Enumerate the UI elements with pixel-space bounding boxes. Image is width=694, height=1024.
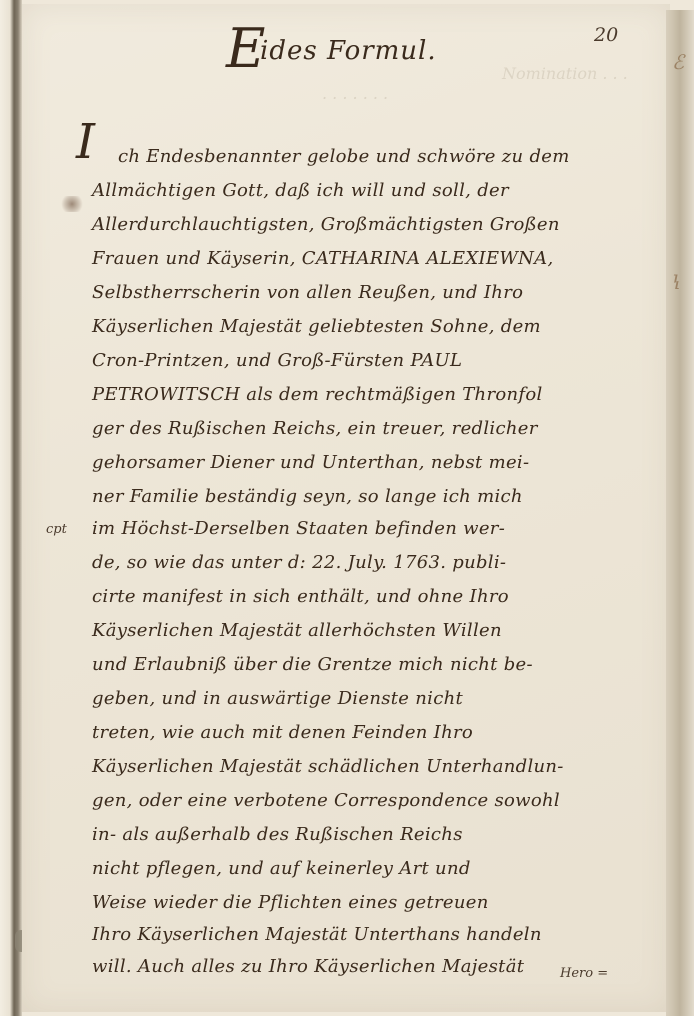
text-line-23: Weise wieder die Pflichten eines getreue… xyxy=(92,892,489,913)
text-line-11: ner Familie beständig seyn, so lange ich… xyxy=(92,486,523,507)
text-line-2: Allmächtigen Gott, daß ich will und soll… xyxy=(92,180,509,201)
bleed-through-text: Nomination . . . xyxy=(502,64,628,83)
text-line-12: im Höchst-Derselben Staaten befinden wer… xyxy=(92,518,505,539)
edge-flourish: ꝇ xyxy=(672,270,681,294)
text-line-22: nicht pflegen, und auf keinerley Art und xyxy=(92,858,471,879)
text-line-25: will. Auch alles zu Ihro Käyserlichen Ma… xyxy=(92,956,524,977)
text-line-7: Cron-Printzen, und Groß-Fürsten PAUL xyxy=(92,350,462,371)
catchword: Hero = xyxy=(560,966,608,981)
ink-blot xyxy=(60,196,84,212)
title-text: ides Formul. xyxy=(260,36,437,66)
text-line-4: Frauen und Käyserin, CATHARINA ALEXIEWNA… xyxy=(92,248,554,269)
text-line-8: PETROWITSCH als dem rechtmäßigen Thronfo… xyxy=(92,384,543,405)
right-page-edge: ℰ ꝇ xyxy=(666,10,694,1016)
text-line-20: gen, oder eine verbotene Correspondence … xyxy=(92,790,560,811)
text-line-10: gehorsamer Diener und Unterthan, nebst m… xyxy=(92,452,529,473)
text-line-6: Käyserlichen Majestät geliebtesten Sohne… xyxy=(92,316,541,337)
text-line-18: treten, wie auch mit denen Feinden Ihro xyxy=(92,722,473,743)
text-line-5: Selbstherrscherin von allen Reußen, und … xyxy=(92,282,523,303)
text-line-24: Ihro Käyserlichen Majestät Unterthans ha… xyxy=(92,924,542,945)
text-line-1: ch Endesbenannter gelobe und schwöre zu … xyxy=(118,146,570,167)
edge-flourish: ℰ xyxy=(672,50,684,74)
document-title: E ides Formul. xyxy=(226,36,403,66)
left-binding-edge xyxy=(0,0,22,1016)
text-line-17: geben, und in auswärtige Dienste nicht xyxy=(92,688,463,709)
text-line-21: in- als außerhalb des Rußischen Reichs xyxy=(92,824,463,845)
text-line-16: und Erlaubniß über die Grentze mich nich… xyxy=(92,654,533,675)
text-line-19: Käyserlichen Majestät schädlichen Unterh… xyxy=(92,756,564,777)
text-line-3: Allerdurchlauchtigsten, Großmächtigsten … xyxy=(92,214,560,235)
drop-cap: I xyxy=(76,118,95,166)
scan-bottom-margin xyxy=(0,1016,694,1024)
text-line-9: ger des Rußischen Reichs, ein treuer, re… xyxy=(92,418,538,439)
margin-annotation: cpt xyxy=(46,522,67,537)
bleed-through-text: . . . . . . . xyxy=(322,84,388,103)
page-number: 20 xyxy=(594,24,618,46)
text-line-15: Käyserlichen Majestät allerhöchsten Will… xyxy=(92,620,502,641)
text-line-14: cirte manifest in sich enthält, und ohne… xyxy=(92,586,509,607)
text-line-13: de, so wie das unter d: 22. July. 1763. … xyxy=(92,552,506,573)
scanned-manuscript: Nomination . . . . . . . . . . ℰ ꝇ E ide… xyxy=(0,0,694,1016)
